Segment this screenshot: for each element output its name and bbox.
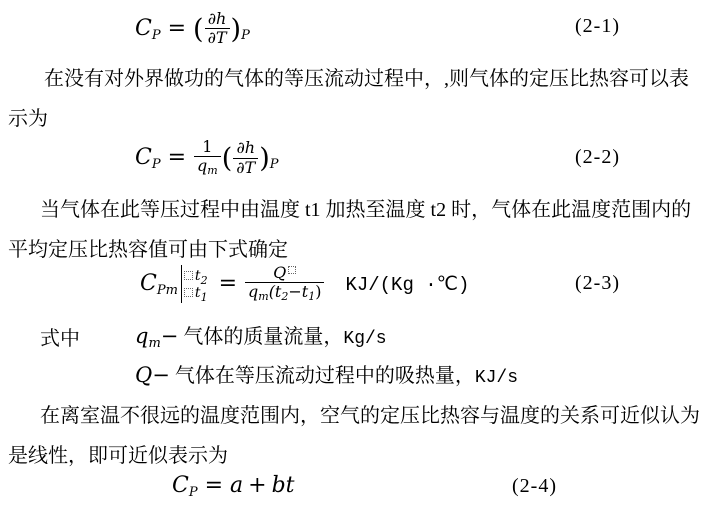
left-paren: ( <box>193 14 204 45</box>
equals-sign: = <box>168 16 186 41</box>
equation-2-1: CP=(∂h∂T)P <box>135 10 250 48</box>
numerator: Q <box>245 264 324 282</box>
unit-text: Kg/s <box>343 329 386 349</box>
placeholder-box <box>184 271 193 280</box>
paragraph-3-line-1: 在离室温不很远的温度范围内，空气的定压比热容与温度的关系可近似认为 <box>40 399 700 428</box>
equals-sign: = <box>205 473 223 498</box>
denominator: qm(t2−t1) <box>245 282 324 304</box>
denominator: ∂T <box>205 28 230 47</box>
index-1: 1 <box>201 292 208 303</box>
right-paren: ) <box>259 143 270 174</box>
subscript-P-outer: P <box>270 157 279 172</box>
definition-text: 气体在等压流动过程中的吸热量， <box>175 365 475 387</box>
paragraph-1-line-2: 示为 <box>8 102 48 131</box>
symbol-C: C <box>140 271 157 296</box>
where-clause-label: 式中 <box>40 322 80 351</box>
lower-limit: t1 <box>184 286 208 300</box>
denominator: ∂T <box>233 158 258 177</box>
index-2: 2 <box>201 275 208 286</box>
equation-2-3-number: (2-3) <box>575 272 620 295</box>
subscript-Pm: Pm <box>157 283 178 298</box>
equation-2-2: CP=1qm(∂h∂T)P <box>135 138 279 178</box>
paragraph-2-line-2: 平均定压比热容值可由下式确定 <box>8 233 288 262</box>
subscript-P: P <box>152 157 161 172</box>
equation-2-2-number: (2-2) <box>575 146 620 169</box>
symbol-q: q <box>197 156 207 175</box>
placeholder-box-small <box>288 266 296 274</box>
evaluation-limits: t2t1 <box>184 269 208 300</box>
subscript-m: m <box>258 290 268 303</box>
subscript-m: m <box>148 336 160 351</box>
left-paren: ( <box>222 143 233 174</box>
definition-text: 气体的质量流量， <box>183 326 343 348</box>
minus-t: −t <box>288 282 308 301</box>
equals-sign: = <box>168 145 186 170</box>
symbol-q: q <box>248 282 258 301</box>
fraction-dh-dT: ∂h∂T <box>233 139 258 177</box>
subscript-m: m <box>207 164 217 177</box>
fraction-1-qm: 1qm <box>194 138 221 178</box>
paragraph-2-line-1: 当气体在此等压过程中由温度 t1 加热至温度 t2 时，气体在此温度范围内的 <box>40 193 691 222</box>
paragraph-3-line-2: 是线性，即可近似表示为 <box>8 439 228 468</box>
fraction-dh-dT: ∂h∂T <box>205 10 230 48</box>
symbol-Q: Q <box>273 263 286 282</box>
right-paren: ) <box>231 14 242 45</box>
symbol-C: C <box>172 473 189 498</box>
units-text: KJ/(Kg ·℃) <box>345 274 469 296</box>
fraction-Q-qm: Qqm(t2−t1) <box>245 264 324 304</box>
symbol-a: a <box>230 473 243 498</box>
symbol-bt: bt <box>272 473 295 498</box>
equals-sign: = <box>219 271 237 296</box>
document-page: CP=(∂h∂T)P (2-1) 在没有对外界做功的气体的等压流动过程中，,则气… <box>0 0 712 507</box>
paren-t: (t <box>269 282 282 301</box>
symbol-C: C <box>135 145 152 170</box>
upper-limit: t2 <box>184 269 208 283</box>
subscript-P-outer: P <box>241 28 250 43</box>
numerator: 1 <box>194 138 221 156</box>
definition-Q: Q− 气体在等压流动过程中的吸热量，KJ/s <box>135 359 518 388</box>
equation-2-3: CPmt2t1=Qqm(t2−t1)KJ/(Kg ·℃) <box>140 264 469 304</box>
numerator: ∂h <box>233 139 258 157</box>
definition-qm: qm− 气体的质量流量，Kg/s <box>135 320 387 351</box>
dash: − <box>152 363 170 387</box>
denominator: qm <box>194 156 221 178</box>
subscript-P: P <box>152 28 161 43</box>
symbol-C: C <box>135 16 152 41</box>
symbol-q: q <box>135 324 148 348</box>
dash: − <box>161 324 179 348</box>
subscript-P: P <box>189 485 198 500</box>
numerator: ∂h <box>205 10 230 28</box>
evaluation-bar <box>181 265 182 303</box>
equation-2-1-number: (2-1) <box>575 15 620 38</box>
paragraph-1-line-1: 在没有对外界做功的气体的等压流动过程中，,则气体的定压比热容可以表 <box>44 62 689 91</box>
symbol-Q: Q <box>135 363 152 387</box>
plus-sign: + <box>248 473 266 498</box>
placeholder-box <box>184 288 193 297</box>
equation-2-4: CP=a+bt <box>172 473 295 500</box>
unit-text: KJ/s <box>475 368 518 388</box>
equation-2-4-number: (2-4) <box>512 475 557 498</box>
close-paren: ) <box>315 282 321 301</box>
